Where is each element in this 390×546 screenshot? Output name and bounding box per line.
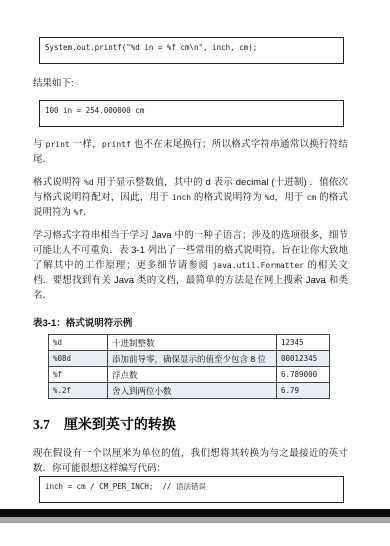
inline-code: %d: [84, 178, 94, 187]
table-row: %d十进制整数12345: [49, 335, 330, 351]
table-caption: 表3-1：格式说明符示例: [33, 315, 348, 329]
table-cell-example: 12345: [277, 335, 330, 351]
table-cell-desc: 舍入到两位小数: [108, 383, 277, 399]
section-number: 3.7: [33, 417, 50, 432]
table-cell-example: 00012345: [277, 351, 330, 367]
format-specifier-table: %d十进制整数12345%08d添加前导零，确保显示的值至少包含 8 位0001…: [48, 334, 330, 399]
table-row: %08d添加前导零，确保显示的值至少包含 8 位00012345: [49, 351, 330, 367]
table-cell-desc: 添加前导零，确保显示的值至少包含 8 位: [108, 351, 277, 367]
table-cell-example: 6.789000: [277, 367, 330, 383]
inline-code: print: [46, 140, 70, 149]
inline-code: %d: [265, 193, 275, 202]
format-specifier-table-body: %d十进制整数12345%08d添加前导零，确保显示的值至少包含 8 位0001…: [49, 335, 330, 399]
section-title: 厘米到英寸的转换: [64, 416, 176, 432]
table-cell-spec: %d: [49, 335, 108, 351]
document-page: System.out.printf("%d in = %f cm\n", inc…: [0, 0, 390, 546]
result-label: 结果如下:: [33, 76, 348, 91]
table-cell-spec: %f: [49, 367, 108, 383]
paragraph-cm-to-inch: 现在假设有一个以厘米为单位的值，我们想将其转换为与之最接近的英寸数．你可能很想这…: [33, 446, 348, 476]
paragraph-format-language: 学习格式字符串相当于学习 Java 中的一种子语言；涉及的选项很多，细节可能让人…: [33, 228, 348, 303]
table-cell-spec: %.2f: [49, 383, 108, 399]
code-block-printf: System.out.printf("%d in = %f cm\n", inc…: [39, 37, 344, 64]
inline-code: java.util.Formatter: [212, 261, 304, 270]
table-row: %f浮点数6.789000: [49, 367, 330, 383]
code-block-output: 100 in = 254.000000 cm: [39, 100, 344, 127]
page-content: System.out.printf("%d in = %f cm\n", inc…: [0, 0, 390, 503]
table-cell-example: 6.79: [277, 383, 330, 399]
inline-code: %f: [74, 208, 84, 217]
table-cell-spec: %08d: [49, 351, 108, 367]
inline-code: printf: [102, 140, 131, 149]
table-row: %.2f舍入到两位小数6.79: [49, 383, 330, 399]
inline-code: inch: [172, 193, 191, 202]
paragraph-format-specifier: 格式说明符 %d 用于显示整数值，其中的 d 表示 decimal (十进制) …: [33, 175, 348, 220]
section-heading: 3.7厘米到英寸的转换: [33, 414, 348, 434]
paragraph-printf-newline: 与 print 一样，printf 也不在末尾换行；所以格式字符串通常以换行符结…: [33, 137, 348, 167]
table-cell-desc: 十进制整数: [108, 335, 277, 351]
code-block-conversion: inch = cm / CM_PER_INCH; // 语法错误: [39, 476, 344, 503]
page-bottom-edge: [0, 509, 390, 517]
table-cell-desc: 浮点数: [108, 367, 277, 383]
inline-code: cm: [307, 193, 317, 202]
page-bottom-shadow: [0, 517, 390, 523]
